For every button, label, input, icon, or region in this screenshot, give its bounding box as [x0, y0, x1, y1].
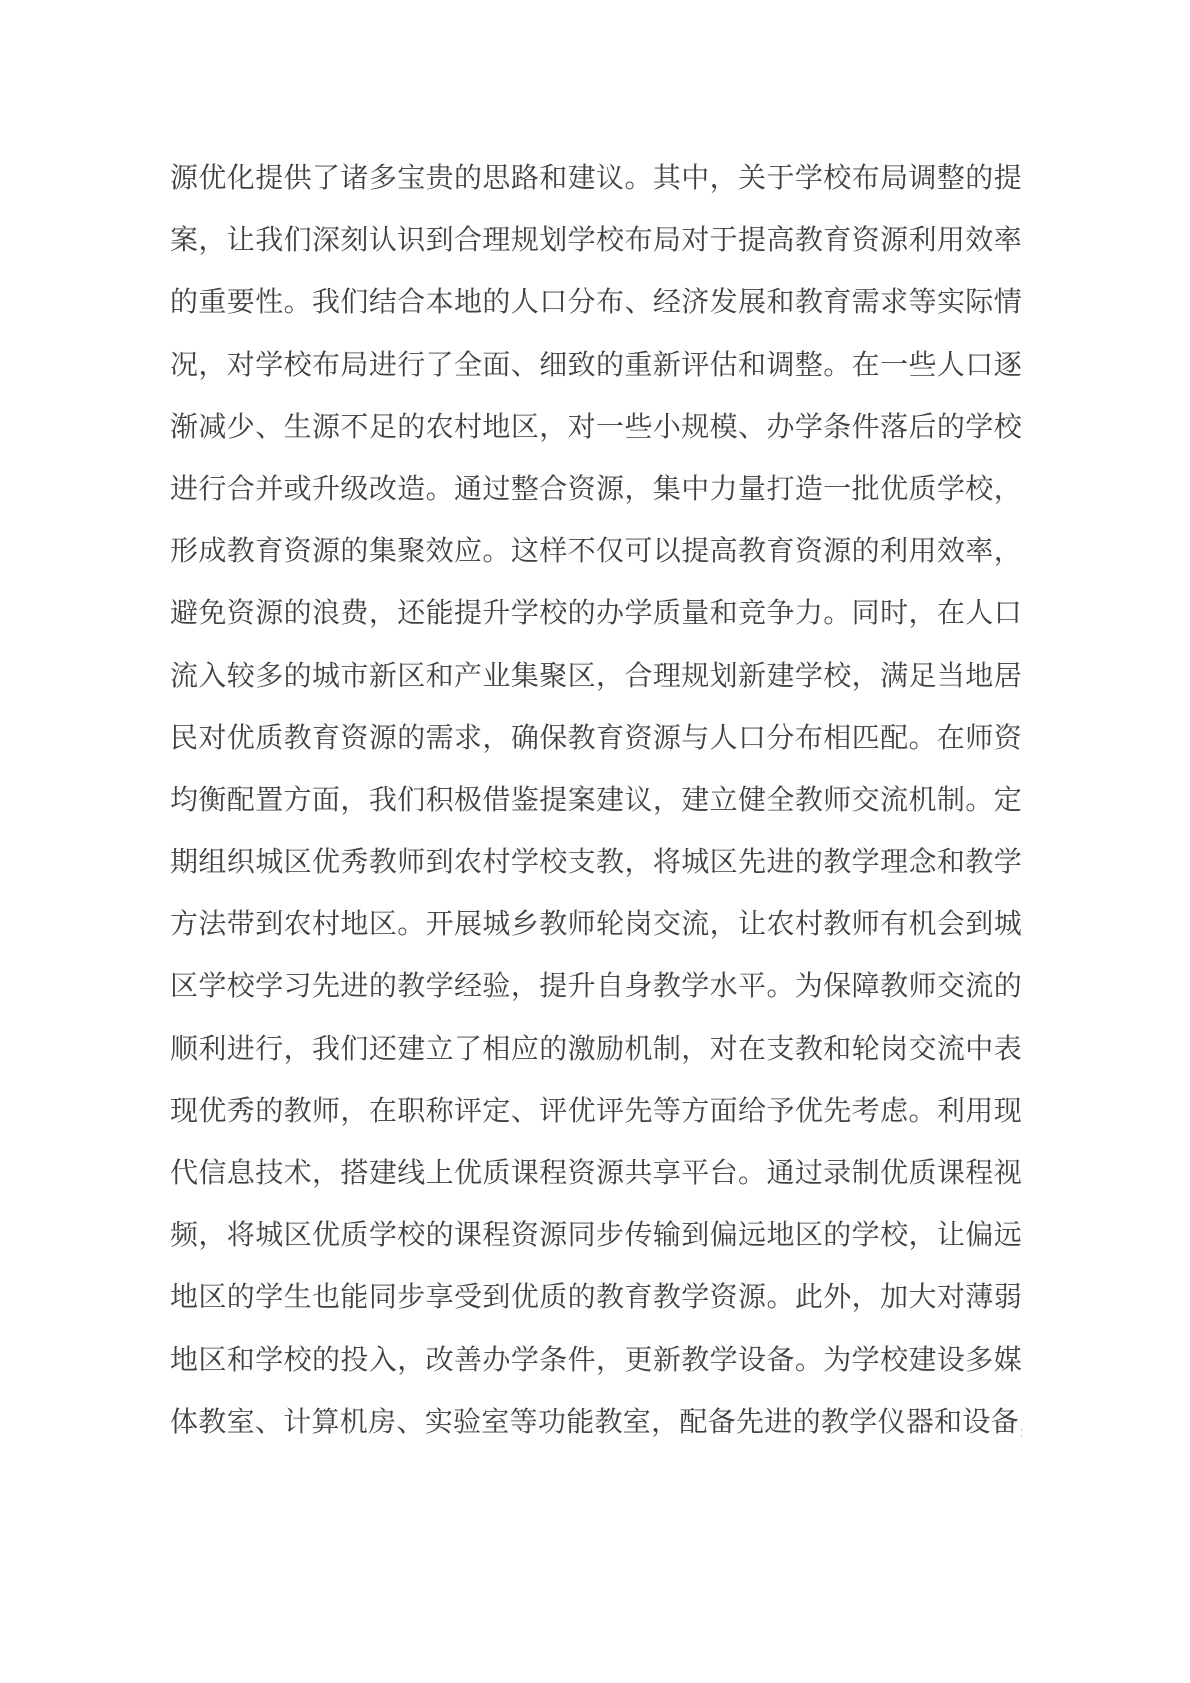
- paragraph: 源优化提供了诸多宝贵的思路和建议。其中，关于学校布局调整的提 案，让我们深刻认识…: [170, 147, 1022, 1453]
- text-line: 频，将城区优质学校的课程资源同步传输到偏远地区的学校，让偏远: [170, 1204, 1022, 1266]
- text-line: 流入较多的城市新区和产业集聚区，合理规划新建学校，满足当地居: [170, 645, 1022, 707]
- text-line: 况，对学校布局进行了全面、细致的重新评估和调整。在一些人口逐: [170, 334, 1022, 396]
- text-line: 民对优质教育资源的需求，确保教育资源与人口分布相匹配。在师资: [170, 707, 1022, 769]
- text-line: 地区和学校的投入，改善办学条件，更新教学设备。为学校建设多媒: [170, 1329, 1022, 1391]
- text-line: 区学校学习先进的教学经验，提升自身教学水平。为保障教师交流的: [170, 955, 1022, 1017]
- text-line: 的重要性。我们结合本地的人口分布、经济发展和教育需求等实际情: [170, 271, 1022, 333]
- text-line: 方法带到农村地区。开展城乡教师轮岗交流，让农村教师有机会到城: [170, 893, 1022, 955]
- text-line: 地区的学生也能同步享受到优质的教育教学资源。此外，加大对薄弱: [170, 1266, 1022, 1328]
- document-page: 源优化提供了诸多宝贵的思路和建议。其中，关于学校布局调整的提 案，让我们深刻认识…: [0, 0, 1190, 1683]
- text-line: 均衡配置方面，我们积极借鉴提案建议，建立健全教师交流机制。定: [170, 769, 1022, 831]
- text-line: 避免资源的浪费，还能提升学校的办学质量和竞争力。同时，在人口: [170, 582, 1022, 644]
- text-line: 体教室、计算机房、实验室等功能教室，配备先进的教学仪器和设备，: [170, 1391, 1022, 1453]
- text-line: 代信息技术，搭建线上优质课程资源共享平台。通过录制优质课程视: [170, 1142, 1022, 1204]
- text-line: 案，让我们深刻认识到合理规划学校布局对于提高教育资源利用效率: [170, 209, 1022, 271]
- text-line: 现优秀的教师，在职称评定、评优评先等方面给予优先考虑。利用现: [170, 1080, 1022, 1142]
- text-line: 进行合并或升级改造。通过整合资源，集中力量打造一批优质学校，: [170, 458, 1022, 520]
- text-line: 渐减少、生源不足的农村地区，对一些小规模、办学条件落后的学校: [170, 396, 1022, 458]
- text-line: 源优化提供了诸多宝贵的思路和建议。其中，关于学校布局调整的提: [170, 147, 1022, 209]
- text-line: 顺利进行，我们还建立了相应的激励机制，对在支教和轮岗交流中表: [170, 1018, 1022, 1080]
- text-line: 期组织城区优秀教师到农村学校支教，将城区先进的教学理念和教学: [170, 831, 1022, 893]
- text-line: 形成教育资源的集聚效应。这样不仅可以提高教育资源的利用效率，: [170, 520, 1022, 582]
